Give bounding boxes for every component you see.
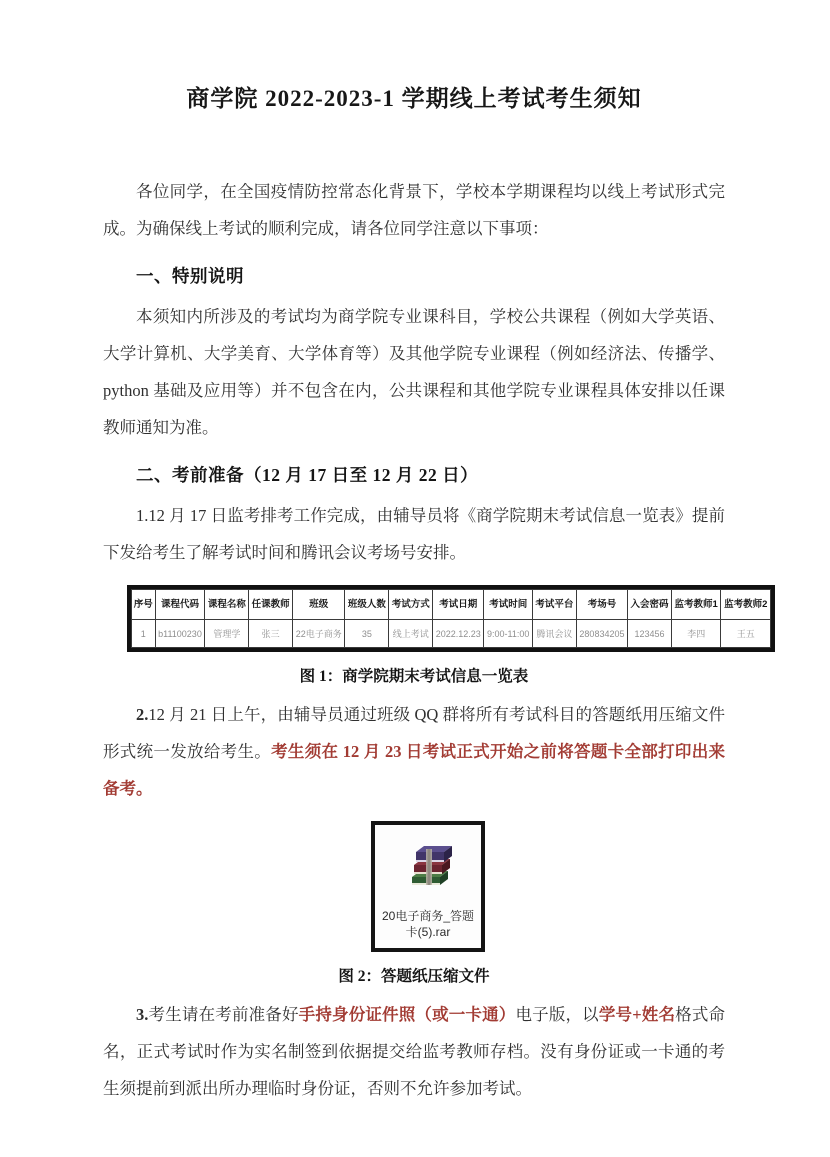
winrar-archive-icon <box>400 837 456 898</box>
item-3-text-1: 考生请在考前准备好 <box>148 1005 298 1024</box>
cell-seq: 1 <box>132 620 156 648</box>
section-1-body: 本须知内所涉及的考试均为商学院专业课科目，学校公共课程（例如大学英语、大学计算机… <box>103 298 725 446</box>
col-header-teacher: 任课教师 <box>249 590 293 620</box>
document-page: 商学院 2022-2023-1 学期线上考试考生须知 各位同学，在全国疫情防控常… <box>0 0 830 1157</box>
col-header-class: 班级 <box>293 590 345 620</box>
section-1-heading: 一、特别说明 <box>136 263 725 288</box>
col-header-exam-mode: 考试方式 <box>389 590 433 620</box>
col-header-room-no: 考场号 <box>576 590 627 620</box>
cell-exam-time: 9:00-11:00 <box>484 620 532 648</box>
cell-exam-mode: 线上考试 <box>389 620 433 648</box>
section-2-item-1: 1.12 月 17 日监考排考工作完成，由辅导员将《商学院期末考试信息一览表》提… <box>103 497 725 571</box>
item-3-red-naming: 学号+姓名 <box>599 1005 675 1024</box>
cell-proctor-1: 李四 <box>671 620 720 648</box>
col-header-seq: 序号 <box>132 590 156 620</box>
cell-meeting-code: 123456 <box>628 620 672 648</box>
figure-1-caption: 图 1：商学院期末考试信息一览表 <box>103 664 725 686</box>
rar-file-name: 20电子商务_答题 卡(5).rar <box>381 908 475 940</box>
cell-class: 22电子商务 <box>293 620 345 648</box>
cell-teacher: 张三 <box>249 620 293 648</box>
item-2-number: 2. <box>136 705 148 724</box>
section-2-item-3: 3.考生请在考前准备好手持身份证件照（或一卡通）电子版，以学号+姓名格式命名，正… <box>103 996 725 1107</box>
exam-table-header-row: 序号 课程代码 课程名称 任课教师 班级 班级人数 考试方式 考试日期 考试时间… <box>132 590 771 620</box>
cell-room-no: 280834205 <box>576 620 627 648</box>
cell-exam-date: 2022.12.23 <box>433 620 484 648</box>
exam-info-table: 序号 课程代码 课程名称 任课教师 班级 班级人数 考试方式 考试日期 考试时间… <box>131 589 771 648</box>
figure-2-caption: 图 2：答题纸压缩文件 <box>103 964 725 986</box>
exam-info-table-frame: 序号 课程代码 课程名称 任课教师 班级 班级人数 考试方式 考试日期 考试时间… <box>127 585 775 652</box>
item-3-number: 3. <box>136 1005 148 1024</box>
col-header-proctor-2: 监考教师2 <box>721 590 771 620</box>
intro-paragraph: 各位同学，在全国疫情防控常态化背景下，学校本学期课程均以线上考试形式完成。为确保… <box>103 173 725 247</box>
col-header-course-code: 课程代码 <box>155 590 205 620</box>
cell-class-size: 35 <box>345 620 389 648</box>
col-header-exam-date: 考试日期 <box>433 590 484 620</box>
col-header-class-size: 班级人数 <box>345 590 389 620</box>
col-header-exam-time: 考试时间 <box>484 590 532 620</box>
rar-file-name-line-2: 卡(5).rar <box>381 924 475 940</box>
rar-file-frame: 20电子商务_答题 卡(5).rar <box>371 821 485 952</box>
cell-platform: 腾讯会议 <box>532 620 576 648</box>
cell-course-name: 管理学 <box>205 620 249 648</box>
item-3-text-2: 电子版，以 <box>515 1005 598 1024</box>
section-2-item-2: 2.12 月 21 日上午，由辅导员通过班级 QQ 群将所有考试科目的答题纸用压… <box>103 696 725 807</box>
col-header-course-name: 课程名称 <box>205 590 249 620</box>
figure-2-container: 20电子商务_答题 卡(5).rar <box>103 821 725 952</box>
col-header-meeting-code: 入会密码 <box>628 590 672 620</box>
rar-file-name-line-1: 20电子商务_答题 <box>381 908 475 924</box>
page-title: 商学院 2022-2023-1 学期线上考试考生须知 <box>103 80 725 113</box>
col-header-platform: 考试平台 <box>532 590 576 620</box>
col-header-proctor-1: 监考教师1 <box>671 590 720 620</box>
exam-table-data-row: 1 b11100230 管理学 张三 22电子商务 35 线上考试 2022.1… <box>132 620 771 648</box>
item-3-red-id-photo: 手持身份证件照（或一卡通） <box>299 1005 516 1024</box>
cell-course-code: b11100230 <box>155 620 205 648</box>
section-2-heading: 二、考前准备（12 月 17 日至 12 月 22 日） <box>136 462 725 487</box>
cell-proctor-2: 王五 <box>721 620 771 648</box>
